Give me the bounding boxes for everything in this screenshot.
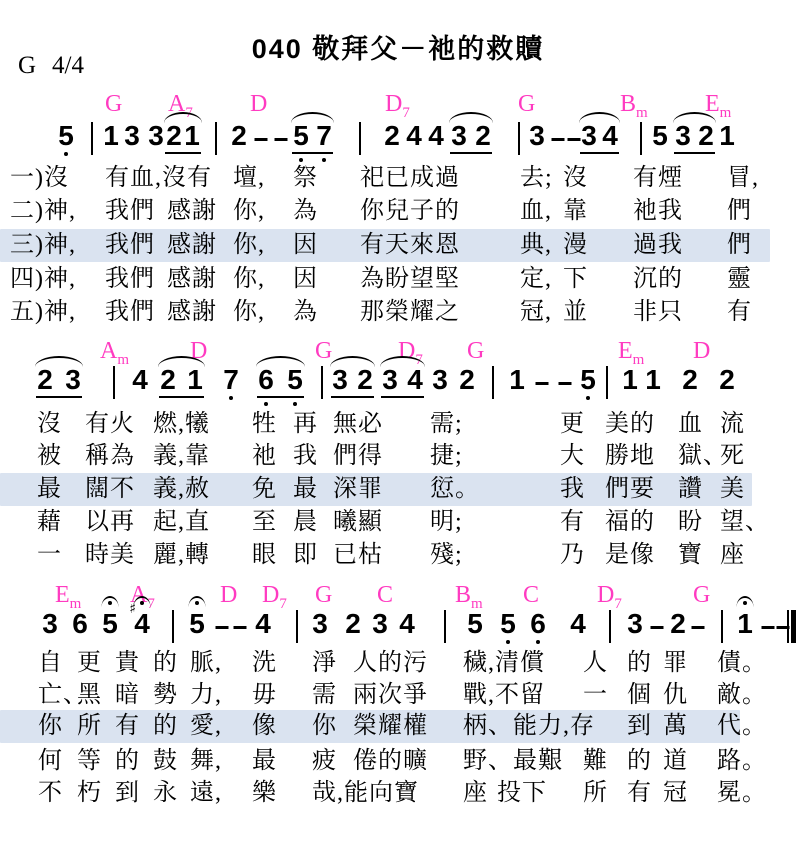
lyric-segment: 柄、能力,存 — [463, 712, 595, 740]
lyric-row-highlighted: 三)神,我們感謝你,因有天來恩典,漫過我們 — [0, 229, 770, 262]
lyric-segment: 冠 — [663, 779, 688, 807]
lyric-segment: 讚 — [678, 475, 703, 503]
note-digit: 5 — [58, 122, 74, 150]
note-digit: 6 — [72, 610, 88, 638]
bar-line — [321, 366, 323, 399]
lyric-segment: 哉,能向寶 — [312, 779, 419, 807]
lyric-segment: 晨 — [293, 508, 318, 536]
lyric-segment: 勝地 — [605, 442, 655, 470]
lyric-segment: 貴 — [115, 649, 140, 677]
note-digit: 4 — [570, 610, 586, 638]
lyric-segment: 你, — [233, 265, 265, 293]
lyric-segment: 愆。 — [430, 475, 480, 503]
note-digit: 5 — [580, 366, 596, 394]
chord-label: Em — [618, 339, 644, 365]
duration-dash — [255, 138, 268, 141]
lyric-segment: 愛, — [190, 712, 222, 740]
lyric-segment: 永 — [153, 779, 178, 807]
bar-line — [721, 610, 723, 643]
lyric-row: 二)神,我們感謝你,為你兒子的血,靠祂我們 — [0, 195, 796, 228]
lyric-segment: 並 — [563, 298, 588, 326]
lyric-segment: 我們 — [105, 265, 155, 293]
lyric-segment: 自 — [38, 649, 63, 677]
lyric-row: 自更貴的脈,洗淨人的污穢,清償人的罪債。 — [0, 647, 796, 680]
lyric-segment: 下 — [563, 265, 588, 293]
fermata-dot — [743, 601, 747, 605]
lyric-segment: 深罪 — [333, 475, 383, 503]
lyric-segment: 為 — [293, 197, 318, 225]
lyric-segment: 我們 — [105, 197, 155, 225]
note-digit: 5 — [287, 366, 303, 394]
chord-quality-subscript: m — [117, 352, 129, 368]
note-digit: 1 — [187, 366, 203, 394]
lyric-segment: 野、最艱 — [463, 747, 563, 775]
eighth-note-beam — [257, 396, 304, 398]
lyric-segment: 需; — [430, 410, 463, 438]
lyric-segment: 非只 — [633, 298, 683, 326]
lyric-row: 不朽到永遠,樂哉,能向寶座投下所有冠冕。 — [0, 777, 796, 810]
lyric-segment: 你 — [38, 712, 63, 740]
lyric-segment: 壇, — [233, 164, 265, 192]
lyric-segment: 祂我 — [633, 197, 683, 225]
bar-line — [609, 610, 611, 643]
note-digit: 1 — [184, 122, 200, 150]
lyric-segment: 我 — [293, 442, 318, 470]
lyric-segment: 有天來恩 — [360, 231, 460, 259]
note-digit: 5 — [102, 610, 118, 638]
lyric-row: 沒有火燃,犧牲再無必需;更美的血流 — [0, 408, 796, 441]
note-digit: 3 — [42, 610, 58, 638]
tie-slur-arc — [291, 112, 334, 123]
tie-slur-arc — [256, 356, 305, 367]
lyric-segment: 你兒子的 — [360, 197, 460, 225]
lyric-segment: 靠 — [563, 197, 588, 225]
note-digit: 5 — [467, 610, 483, 638]
chord-label: C — [523, 583, 539, 607]
lyric-segment: 大 — [560, 442, 585, 470]
lyric-segment: 最 — [37, 475, 62, 503]
duration-dash — [275, 138, 288, 141]
lyric-row-highlighted: 你所有的愛,像你榮耀權柄、能力,存到萬代。 — [0, 710, 740, 743]
bar-line — [606, 366, 608, 399]
lyric-segment: 那榮耀之 — [360, 298, 460, 326]
duration-dash — [559, 382, 572, 385]
fermata-dot — [140, 601, 144, 605]
lyric-segment: 疲 — [312, 747, 337, 775]
lyric-segment: 等 — [77, 747, 102, 775]
lyric-segment: 有 — [727, 298, 752, 326]
lyric-segment: 仇 — [663, 681, 688, 709]
lyric-segment: 最 — [293, 475, 318, 503]
sharp-accidental: ♯ — [129, 602, 136, 616]
lyric-segment: 們 — [727, 231, 752, 259]
note-digit: 2 — [357, 366, 373, 394]
chord-label: G — [105, 92, 122, 116]
lyric-segment: 藉 — [37, 508, 62, 536]
chord-quality-subscript: 7 — [614, 596, 622, 612]
duration-dash — [234, 626, 247, 629]
lyric-segment: 有火 — [85, 410, 135, 438]
lyric-segment: 因 — [293, 265, 318, 293]
lyric-segment: 萬 — [663, 712, 688, 740]
lyric-segment: 五)神, — [10, 298, 76, 326]
lyric-segment: 盼 — [678, 508, 703, 536]
lyric-segment: 殘; — [430, 541, 463, 569]
note-digit: 1 — [719, 122, 735, 150]
chord-label: D — [693, 339, 710, 363]
lyric-segment: 洗 — [252, 649, 277, 677]
note-digit: 5 — [652, 122, 668, 150]
note-digit: 4 — [407, 366, 423, 394]
lyric-row: 被稱為義,靠祂我們得捷;大勝地獄、死 — [0, 440, 796, 473]
lyric-segment: 感謝 — [167, 265, 217, 293]
lyric-segment: 冠, — [520, 298, 552, 326]
lyric-segment: 我 — [560, 475, 585, 503]
lyric-row: 何等的鼓舞,最疲倦的曠野、最艱難的道路。 — [0, 745, 796, 778]
lyric-segment: 稱為 — [85, 442, 135, 470]
note-digit: 5 — [189, 610, 205, 638]
chord-label: G — [518, 92, 535, 116]
lyric-segment: 道 — [663, 747, 688, 775]
chord-label: D — [220, 583, 237, 607]
note-digit: 4 — [132, 366, 148, 394]
note-digit: 2 — [719, 366, 735, 394]
low-octave-dot — [293, 402, 297, 406]
low-octave-dot — [64, 152, 68, 156]
note-digit: 3 — [451, 122, 467, 150]
lyric-segment: 寶 — [678, 541, 703, 569]
tie-slur-arc — [579, 112, 620, 123]
eighth-note-beam — [381, 396, 424, 398]
lyric-segment: 最 — [252, 747, 277, 775]
lyric-segment: 座 — [463, 779, 488, 807]
bar-line — [444, 610, 446, 643]
lyric-segment: 朽 — [77, 779, 102, 807]
lyric-segment: 淨 — [312, 649, 337, 677]
note-digit: 2 — [345, 610, 361, 638]
lyric-segment: 有 — [560, 508, 585, 536]
lyric-segment: 倦的曠 — [353, 747, 428, 775]
lyric-segment: 至 — [252, 508, 277, 536]
lyric-segment: 冒, — [727, 164, 759, 192]
lyric-segment: 冕。 — [717, 779, 767, 807]
lyric-segment: 我們 — [105, 231, 155, 259]
note-digit: 1 — [622, 366, 638, 394]
bar-line — [640, 122, 642, 155]
lyric-segment: 乃 — [560, 541, 585, 569]
note-digit: 4 — [406, 122, 422, 150]
lyric-segment: 死 — [720, 442, 745, 470]
note-digit: 2 — [160, 366, 176, 394]
lyric-segment: 眼 — [252, 541, 277, 569]
eighth-note-beam — [159, 396, 204, 398]
lyric-segment: 的 — [627, 649, 652, 677]
lyric-segment: 們 — [727, 197, 752, 225]
lyric-segment: 人的污 — [353, 649, 428, 677]
eighth-note-beam — [450, 152, 492, 154]
note-digit: 2 — [475, 122, 491, 150]
lyric-segment: 所 — [583, 779, 608, 807]
note-digit: 1 — [737, 610, 753, 638]
lyric-segment: 祂 — [252, 442, 277, 470]
low-octave-dot — [536, 640, 540, 644]
bar-line — [492, 366, 494, 399]
lyric-row: 五)神,我們感謝你,為那榮耀之冠,並非只有 — [0, 296, 796, 329]
tie-slur-arc — [164, 112, 202, 123]
eighth-note-beam — [331, 396, 374, 398]
note-digit: 3 — [529, 122, 545, 150]
lyric-segment: 義,赦 — [153, 475, 210, 503]
tie-slur-arc — [330, 356, 375, 367]
lyric-segment: 望、 — [720, 508, 770, 536]
note-digit: 2 — [37, 366, 53, 394]
lyric-segment: 人 — [583, 649, 608, 677]
note-digit: 3 — [382, 366, 398, 394]
hymn-sheet: 040 敬拜父－祂的救贖 G 4/4 GA7DD7GBmEm5133212572… — [0, 0, 796, 857]
lyric-segment: 們要 — [605, 475, 655, 503]
bar-line — [296, 610, 298, 643]
lyric-segment: 穢,清償 — [463, 649, 545, 677]
chord-label: Am — [100, 339, 129, 365]
lyric-segment: 血 — [678, 410, 703, 438]
chord-label: G — [693, 583, 710, 607]
lyric-segment: 的 — [627, 747, 652, 775]
chord-label: G — [467, 339, 484, 363]
eighth-note-beam — [674, 152, 715, 154]
lyric-segment: 四)神, — [10, 265, 76, 293]
lyric-segment: 你, — [233, 197, 265, 225]
bar-line — [91, 122, 93, 155]
lyric-segment: 是像 — [605, 541, 655, 569]
lyric-row: 亡、黑暗勢力,毋需兩次爭戰,不留一個仇敵。 — [0, 679, 796, 712]
eighth-note-beam — [165, 152, 201, 154]
lyric-segment: 力, — [190, 681, 222, 709]
lyric-segment: 漫 — [563, 231, 588, 259]
note-digit: 3 — [372, 610, 388, 638]
final-barline-thick — [791, 610, 796, 643]
lyric-segment: 麗,轉 — [153, 541, 210, 569]
tie-slur-arc — [35, 356, 83, 367]
chord-label: Bm — [455, 583, 483, 609]
note-digit: 2 — [682, 366, 698, 394]
final-barline-thin — [787, 610, 789, 643]
lyric-row: 一時美麗,轉眼即已枯殘;乃是像寶座 — [0, 539, 796, 572]
eighth-note-beam — [580, 152, 619, 154]
lyric-segment: 難 — [583, 747, 608, 775]
lyric-segment: 起,直 — [153, 508, 210, 536]
chord-label: D7 — [262, 583, 287, 609]
lyric-segment: 為盼望堅 — [360, 265, 460, 293]
note-digit: 3 — [332, 366, 348, 394]
lyric-segment: 流 — [720, 410, 745, 438]
note-digit: 2 — [231, 122, 247, 150]
lyric-segment: 更 — [560, 410, 585, 438]
lyric-segment: 免 — [252, 475, 277, 503]
lyric-row: 一)沒有血,沒有壇,祭祀已成過去;沒有煙冒, — [0, 162, 796, 195]
lyric-segment: 一)沒 — [10, 164, 69, 192]
lyric-segment: 遠, — [190, 779, 222, 807]
note-digit: 7 — [223, 366, 239, 394]
lyric-segment: 代。 — [717, 712, 767, 740]
lyric-segment: 的 — [153, 712, 178, 740]
lyric-segment: 福的 — [605, 508, 655, 536]
duration-dash — [762, 626, 775, 629]
lyric-segment: 你 — [312, 712, 337, 740]
lyric-segment: 黑 — [77, 681, 102, 709]
note-digit: 6 — [530, 610, 546, 638]
note-digit: 3 — [148, 122, 164, 150]
note-digit: 5 — [293, 122, 309, 150]
chord-label: D7 — [385, 92, 410, 118]
lyric-segment: 定, — [520, 265, 552, 293]
lyric-segment: 的 — [115, 747, 140, 775]
lyric-segment: 感謝 — [167, 231, 217, 259]
lyric-segment: 債。 — [717, 649, 767, 677]
lyric-row-highlighted: 最闊不義,赦免最深罪愆。我們要讚美 — [0, 473, 752, 506]
lyric-segment: 一 — [583, 681, 608, 709]
lyric-segment: 暗 — [115, 681, 140, 709]
lyric-segment: 牲 — [252, 410, 277, 438]
chord-label: Em — [55, 583, 81, 609]
lyric-segment: 一 — [37, 541, 62, 569]
lyric-segment: 兩次爭 — [353, 681, 428, 709]
lyric-segment: 再 — [293, 410, 318, 438]
chord-label: D7 — [597, 583, 622, 609]
lyric-segment: 更 — [77, 649, 102, 677]
lyric-segment: 過我 — [633, 231, 683, 259]
lyric-segment: 燃,犧 — [153, 410, 210, 438]
lyric-segment: 所 — [77, 712, 102, 740]
lyric-segment: 祭 — [293, 164, 318, 192]
note-digit: 3 — [627, 610, 643, 638]
lyric-row: 四)神,我們感謝你,因為盼望堅定,下沉的靈 — [0, 263, 796, 296]
lyric-segment: 的 — [153, 649, 178, 677]
lyric-segment: 義,靠 — [153, 442, 210, 470]
lyric-segment: 因 — [293, 231, 318, 259]
chord-quality-subscript: 7 — [279, 596, 287, 612]
lyric-segment: 脈, — [190, 649, 222, 677]
lyric-segment: 投下 — [497, 779, 547, 807]
lyric-row: 藉以再起,直至晨曦顯明;有福的盼望、 — [0, 506, 796, 539]
lyric-segment: 靈 — [727, 265, 752, 293]
lyric-segment: 去; — [520, 164, 553, 192]
lyric-segment: 像 — [252, 712, 277, 740]
chord-label: C — [377, 583, 393, 607]
lyric-segment: 以再 — [85, 508, 135, 536]
lyric-segment: 毋 — [252, 681, 277, 709]
lyric-segment: 舞, — [190, 747, 222, 775]
low-octave-dot — [586, 396, 590, 400]
lyric-segment: 個 — [627, 681, 652, 709]
note-digit: 3 — [124, 122, 140, 150]
lyric-segment: 明; — [430, 508, 463, 536]
lyric-segment: 到 — [115, 779, 140, 807]
lyric-segment: 時美 — [85, 541, 135, 569]
lyric-segment: 有煙 — [633, 164, 683, 192]
lyric-segment: 何 — [38, 747, 63, 775]
lyric-segment: 你, — [233, 298, 265, 326]
chord-quality-subscript: m — [636, 105, 648, 121]
note-digit: 4 — [134, 610, 150, 638]
note-digit: 7 — [316, 122, 332, 150]
lyric-segment: 即 — [293, 541, 318, 569]
lyric-segment: 鼓 — [153, 747, 178, 775]
lyric-segment: 為 — [293, 298, 318, 326]
note-digit: 1 — [509, 366, 525, 394]
lyric-segment: 曦顯 — [333, 508, 383, 536]
duration-dash — [568, 138, 581, 141]
fermata-dot — [108, 601, 112, 605]
lyric-segment: 美的 — [605, 410, 655, 438]
low-octave-dot — [264, 402, 268, 406]
duration-dash — [552, 138, 565, 141]
note-digit: 1 — [103, 122, 119, 150]
lyric-segment: 罪 — [663, 649, 688, 677]
eighth-note-beam — [292, 152, 333, 154]
lyric-segment: 到 — [627, 712, 652, 740]
chord-label: G — [315, 339, 332, 363]
lyric-segment: 座 — [720, 541, 745, 569]
music-notation: GA7DD7GBmEm513321257244323345321一)沒有血,沒有… — [0, 0, 796, 857]
chord-label: Bm — [620, 92, 648, 118]
lyric-segment: 有血,沒有 — [105, 164, 212, 192]
lyric-segment: 不 — [38, 779, 63, 807]
note-digit: 3 — [581, 122, 597, 150]
note-digit: 4 — [602, 122, 618, 150]
note-digit: 3 — [432, 366, 448, 394]
lyric-segment: 三)神, — [10, 231, 76, 259]
note-digit: 2 — [670, 610, 686, 638]
lyric-segment: 感謝 — [167, 197, 217, 225]
lyric-segment: 榮耀權 — [353, 712, 428, 740]
duration-dash — [536, 382, 549, 385]
lyric-segment: 有 — [115, 712, 140, 740]
lyric-segment: 你, — [233, 231, 265, 259]
lyric-segment: 樂 — [252, 779, 277, 807]
lyric-segment: 有 — [627, 779, 652, 807]
lyric-segment: 二)神, — [10, 197, 76, 225]
note-digit: 2 — [384, 122, 400, 150]
lyric-segment: 祀已成過 — [360, 164, 460, 192]
chord-label: G — [315, 583, 332, 607]
lyric-segment: 沒 — [563, 164, 588, 192]
lyric-segment: 被 — [37, 442, 62, 470]
note-digit: 4 — [428, 122, 444, 150]
eighth-note-beam — [36, 396, 82, 398]
lyric-segment: 血, — [520, 197, 552, 225]
lyric-segment: 敵。 — [717, 681, 767, 709]
duration-dash — [651, 626, 664, 629]
note-digit: 3 — [65, 366, 81, 394]
bar-line — [359, 122, 361, 155]
chord-label: D — [250, 92, 267, 116]
lyric-segment: 已枯 — [333, 541, 383, 569]
lyric-segment: 典, — [520, 231, 552, 259]
duration-dash — [692, 626, 705, 629]
duration-dash — [216, 626, 229, 629]
bar-line — [518, 122, 520, 155]
note-digit: 6 — [258, 366, 274, 394]
note-digit: 1 — [645, 366, 661, 394]
lyric-segment: 無必 — [333, 410, 383, 438]
tie-slur-arc — [449, 112, 493, 123]
lyric-segment: 路。 — [717, 747, 767, 775]
chord-quality-subscript: m — [720, 105, 732, 121]
lyric-segment: 沉的 — [633, 265, 683, 293]
lyric-segment: 美 — [720, 475, 745, 503]
low-octave-dot — [229, 396, 233, 400]
lyric-segment: 我們 — [105, 298, 155, 326]
